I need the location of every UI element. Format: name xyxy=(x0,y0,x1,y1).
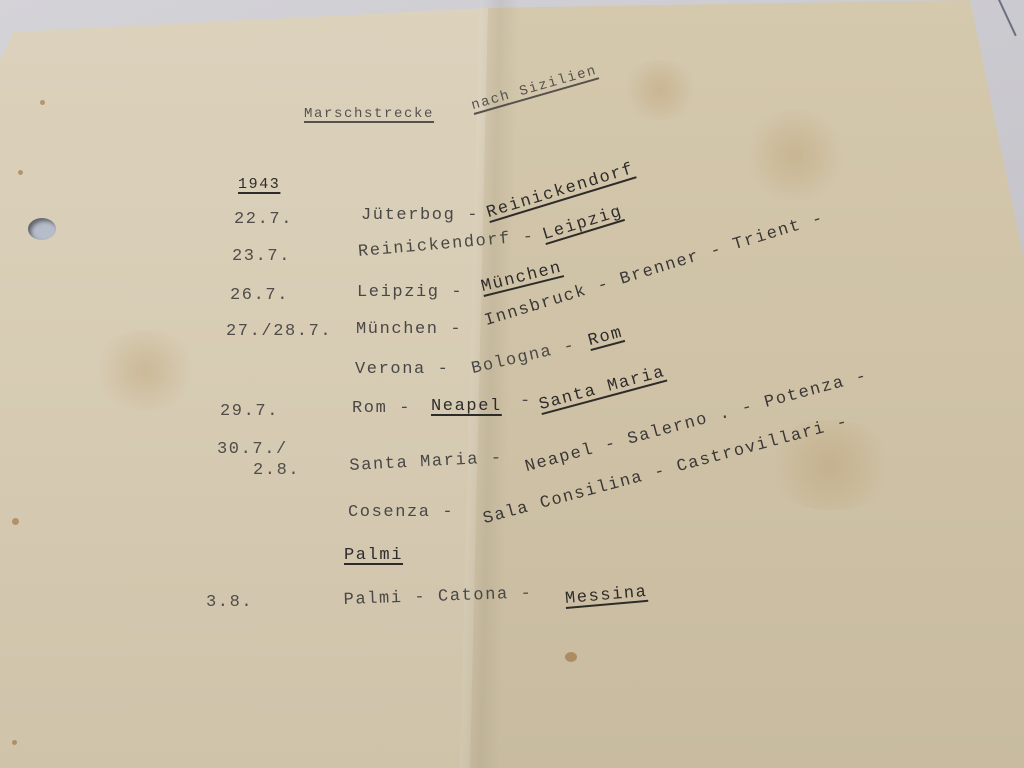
doc-title: Marschstrecke xyxy=(304,106,434,122)
entry-route: Rom - xyxy=(352,399,411,418)
photo-scene: Marschstrecke nach Sizilien 1943 22.7. J… xyxy=(0,0,1024,768)
punch-hole xyxy=(28,218,56,240)
stain xyxy=(740,110,850,200)
entry-date: 26.7. xyxy=(230,286,289,305)
entry-route-separator: - xyxy=(520,392,532,411)
year-heading: 1943 xyxy=(238,176,280,193)
entry-date: 30.7./ xyxy=(217,440,288,459)
table-edge xyxy=(998,0,1017,36)
entry-date: 23.7. xyxy=(232,247,291,266)
stain xyxy=(90,330,200,410)
entry-date: 3.8. xyxy=(206,593,253,612)
speck xyxy=(12,740,17,745)
entry-date-end: 2.8. xyxy=(253,461,300,480)
entry-route: Verona - xyxy=(355,360,449,379)
entry-date: 27./28.7. xyxy=(226,322,332,341)
entry-date: 22.7. xyxy=(234,210,293,229)
stain xyxy=(620,60,700,120)
speck xyxy=(12,518,19,525)
entry-date: 29.7. xyxy=(220,402,279,421)
speck xyxy=(18,170,23,175)
entry-route: Jüterbog - xyxy=(361,206,479,225)
entry-route: München - xyxy=(356,320,462,339)
entry-route-stop: Neapel xyxy=(431,397,502,416)
entry-route: Leipzig - xyxy=(357,283,463,302)
entry-route: Cosenza - xyxy=(348,503,454,522)
speck xyxy=(40,100,45,105)
speck xyxy=(565,652,577,662)
entry-route-destination: Palmi xyxy=(344,546,403,565)
